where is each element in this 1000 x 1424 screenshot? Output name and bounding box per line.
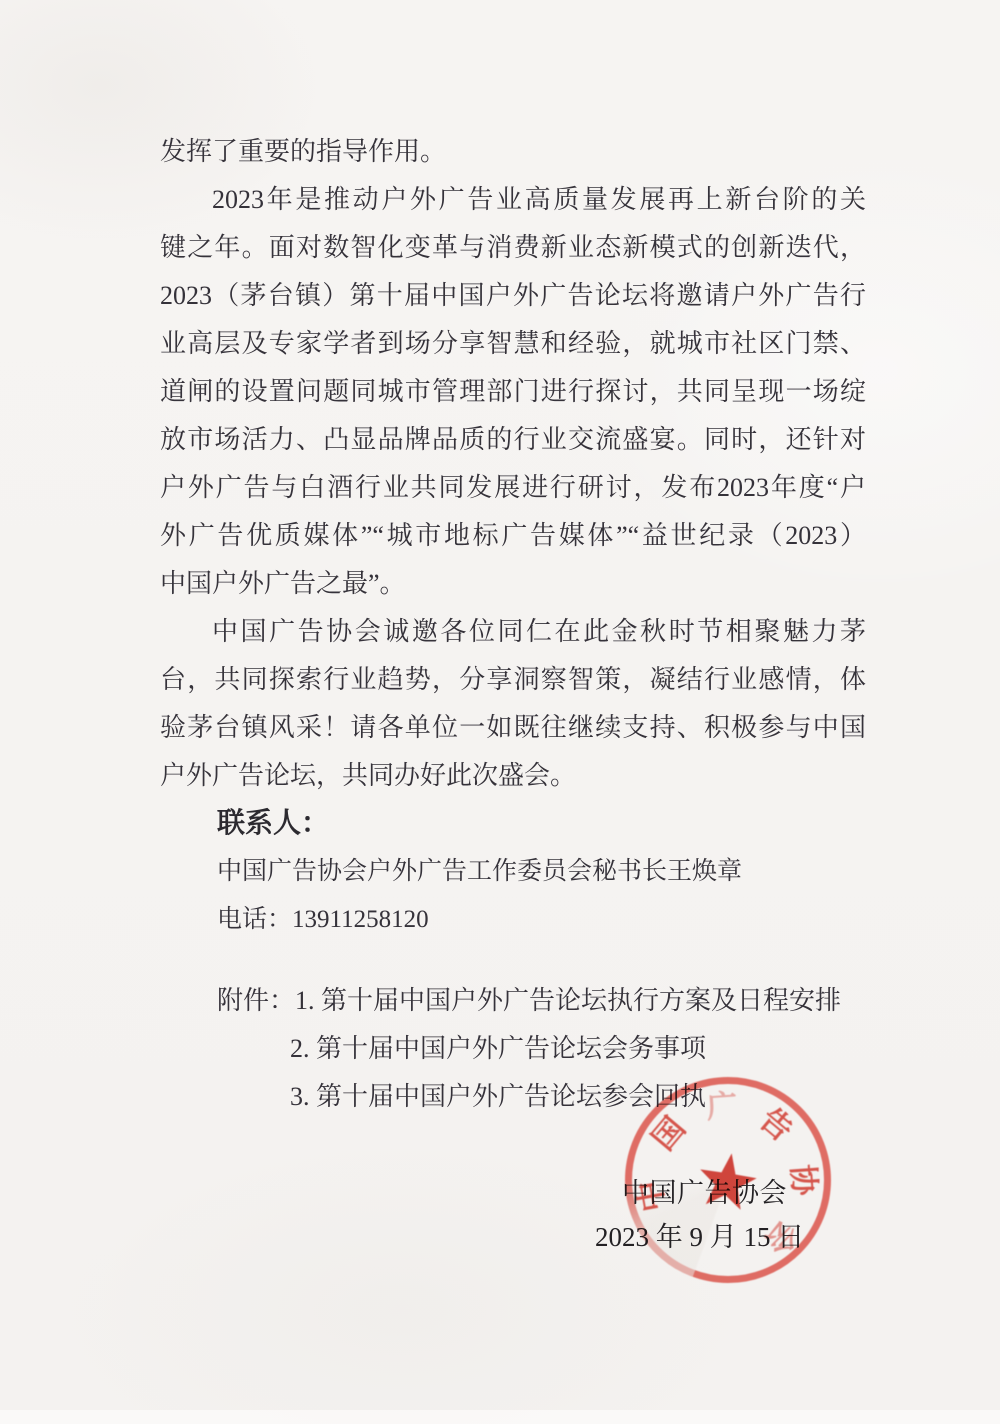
attachment-item-text: 1. 第十届中国户外广告论坛执行方案及日程安排 [295,986,841,1015]
body-line: 2023年是推动户外广告业高质量发展再上新台阶的关 [160,176,866,224]
body-line: 键之年。面对数智化变革与消费新业态新模式的创新迭代， [160,224,866,272]
body-line: 户外广告与白酒行业共同发展进行研讨，发布2023年度“户 [160,464,866,512]
contact-heading: 联系人： [160,800,866,848]
seal-char: 广 [704,1089,740,1125]
attachment-item: 附件：1. 第十届中国户外广告论坛执行方案及日程安排 [160,977,866,1025]
body-line: 中国户外广告之最”。 [160,560,866,608]
body-line: 户外广告论坛，共同办好此次盛会。 [160,752,866,800]
contact-phone: 电话：13911258120 [160,896,866,944]
seal-char: 中 [632,1176,671,1215]
letter-page: 发挥了重要的指导作用。 2023年是推动户外广告业高质量发展再上新台阶的关 键之… [0,0,1000,1424]
body-line: 业高层及专家学者到场分享智慧和经验，就城市社区门禁、 [160,320,866,368]
attachments-label: 附件： [217,986,295,1015]
body-text: 发挥了重要的指导作用。 2023年是推动户外广告业高质量发展再上新台阶的关 键之… [160,128,866,1121]
body-line: 验茅台镇风采！请各单位一如既往继续支持、积极参与中国 [160,704,866,752]
official-seal: 中 国 广 告 协 会 [610,1066,844,1300]
body-line: 2023（茅台镇）第十届中国户外广告论坛将邀请户外广告行 [160,272,866,320]
star-icon [692,1148,763,1219]
contact-person: 中国广告协会户外广告工作委员会秘书长王焕章 [160,848,866,896]
body-line: 外广告优质媒体”“城市地标广告媒体”“益世纪录（2023） [160,512,866,560]
body-line: 中国广告协会诚邀各位同仁在此金秋时节相聚魅力茅 [160,608,866,656]
body-line: 台，共同探索行业趋势，分享洞察智策，凝结行业感情，体 [160,656,866,704]
body-line: 发挥了重要的指导作用。 [160,128,866,176]
seal-char: 协 [785,1162,821,1198]
body-line: 道闸的设置问题同城市管理部门进行探讨，共同呈现一场绽 [160,368,866,416]
body-line: 放市场活力、凸显品牌品质的行业交流盛宴。同时，还针对 [160,416,866,464]
